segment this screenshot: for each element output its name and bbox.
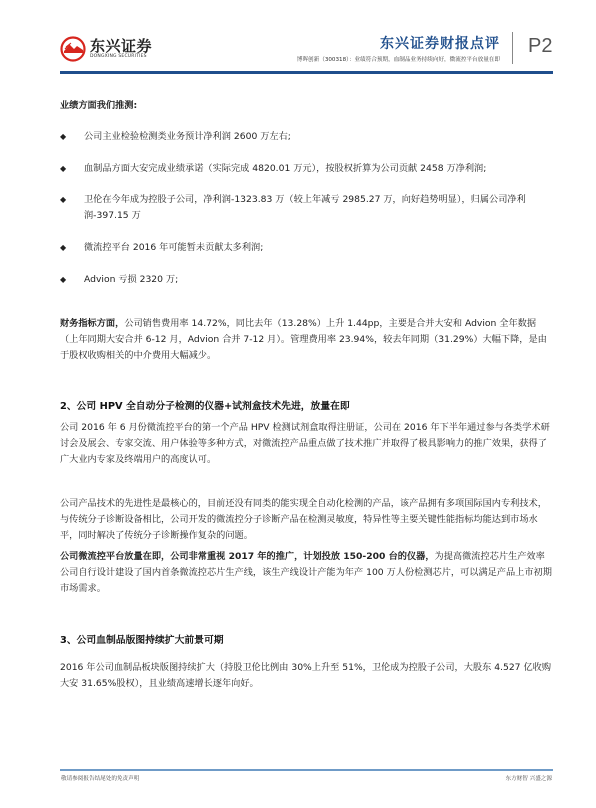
forecast-bullet: ◆ 公司主业检验检测类业务预计净利润 2600 万左右; xyxy=(60,129,552,145)
forecast-bullet: ◆ 卫伦在今年成为控股子公司，净利润-1323.83 万（较上年减亏 2985.… xyxy=(60,192,552,224)
section-2-paragraph-2: 公司产品技术的先进性是最核心的，目前还没有同类的能实现全自动化检测的产品，该产品… xyxy=(60,496,552,544)
financial-indicators-paragraph: 财务指标方面，公司销售费用率 14.72%，同比去年（13.28%）上升 1.4… xyxy=(60,316,552,364)
header-divider xyxy=(512,32,513,64)
section-3-heading: 3、公司血制品版图持续扩大前景可期 xyxy=(60,632,224,646)
financial-indicators-lead: 财务指标方面， xyxy=(60,318,124,329)
section-2-paragraph-3: 公司微流控平台放量在即，公司非常重视 2017 年的推广，计划投放 150-20… xyxy=(60,549,552,597)
header-rule xyxy=(60,71,553,74)
forecast-bullet: ◆ 血制品方面大安完成业绩承诺（实际完成 4820.01 万元），按股权折算为公… xyxy=(60,161,552,177)
section-2-heading: 2、公司 HPV 全自动分子检测的仪器+试剂盒技术先进，放量在即 xyxy=(60,398,350,412)
bullet-text: 血制品方面大安完成业绩承诺（实际完成 4820.01 万元），按股权折算为公司贡… xyxy=(84,161,552,177)
logo-name-en: DONGXING SECURITIES xyxy=(90,54,152,60)
company-logo: 东兴证券 DONGXING SECURITIES xyxy=(60,36,152,62)
section-3-paragraph: 2016 年公司血制品板块版图持续扩大（持股卫伦比例由 30%上升至 51%，卫… xyxy=(60,660,552,692)
forecast-title: 业绩方面我们推测: xyxy=(60,98,552,114)
dongxing-logo-icon xyxy=(60,36,86,62)
financial-indicators-text: 公司销售费用率 14.72%，同比去年（13.28%）上升 1.44pp，主要是… xyxy=(60,318,547,361)
logo-name-cn: 东兴证券 xyxy=(90,38,152,54)
diamond-bullet-icon: ◆ xyxy=(60,192,66,208)
section-2-paragraph-1: 公司 2016 年 6 月份微流控平台的第一个产品 HPV 检测试剂盒取得注册证… xyxy=(60,420,552,468)
footer-slogan: 东方财智 兴盛之源 xyxy=(505,774,552,782)
page-number: P2 xyxy=(528,35,552,58)
forecast-bullet: ◆ Advion 亏损 2320 万; xyxy=(60,272,552,288)
report-page: 东兴证券 DONGXING SECURITIES 东兴证券财报点评 博晖创新（3… xyxy=(0,0,596,808)
footer-disclaimer: 敬请参阅报告结尾处的免责声明 xyxy=(61,774,139,782)
bullet-text: 卫伦在今年成为控股子公司，净利润-1323.83 万（较上年减亏 2985.27… xyxy=(84,192,552,224)
footer-rule xyxy=(60,769,553,771)
report-type-title: 东兴证券财报点评 xyxy=(380,33,500,53)
diamond-bullet-icon: ◆ xyxy=(60,240,66,256)
forecast-bullet: ◆ 微流控平台 2016 年可能暂未贡献太多利润; xyxy=(60,240,552,256)
diamond-bullet-icon: ◆ xyxy=(60,161,66,177)
bullet-text: Advion 亏损 2320 万; xyxy=(84,272,552,288)
bullet-text: 公司主业检验检测类业务预计净利润 2600 万左右; xyxy=(84,129,552,145)
bullet-text: 微流控平台 2016 年可能暂未贡献太多利润; xyxy=(84,240,552,256)
diamond-bullet-icon: ◆ xyxy=(60,129,66,145)
report-subtitle: 博晖创新（300318）：业绩符合预期，血制品业务持续向好，微流控平台放量在即 xyxy=(297,55,500,63)
section-2-paragraph-3-lead: 公司微流控平台放量在即，公司非常重视 2017 年的推广，计划投放 150-20… xyxy=(60,551,435,562)
diamond-bullet-icon: ◆ xyxy=(60,272,66,288)
